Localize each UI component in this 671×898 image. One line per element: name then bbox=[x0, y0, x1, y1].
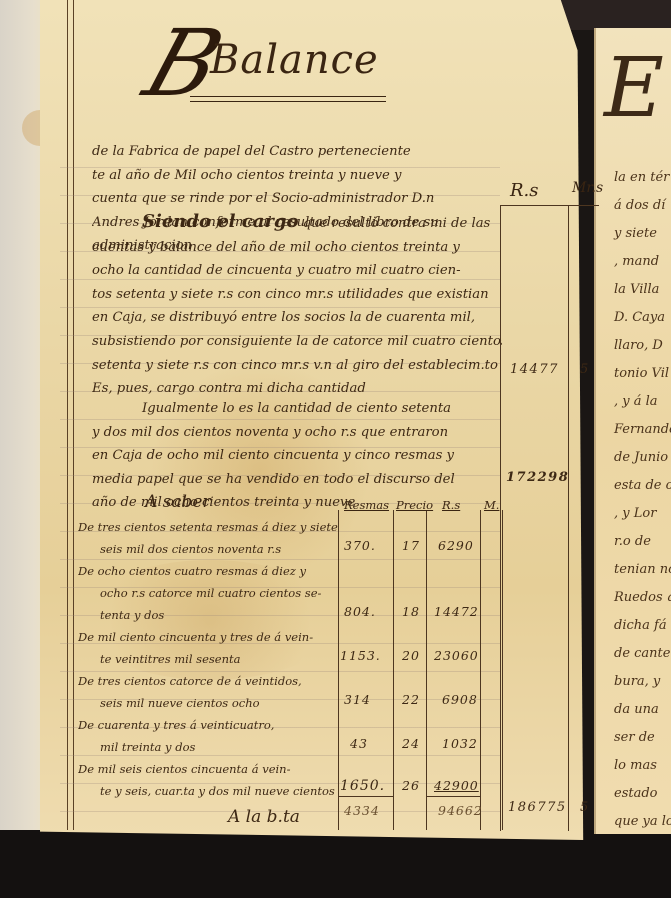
adjacent-line: de cantería bbox=[614, 646, 671, 661]
cargo-amount-maravedis: 5 bbox=[580, 362, 590, 377]
cell-resmas: 314 bbox=[344, 692, 371, 707]
cargo-heading: Siendo el cargo bbox=[142, 211, 299, 232]
adjacent-line: , y Lor bbox=[614, 506, 656, 521]
adjacent-line: dicha fá bbox=[614, 618, 667, 633]
reales-column bbox=[500, 205, 569, 831]
cargo-amount-reales: 14477 bbox=[510, 362, 559, 377]
cell-resmas: 370. bbox=[344, 538, 376, 553]
header-resmas: Resmas bbox=[344, 498, 389, 512]
text-line: De tres cientos catorce de á veintidos, bbox=[78, 670, 338, 692]
detail-table: Resmas Precio R.s M. 370. 17 6290 804. 1… bbox=[338, 498, 498, 830]
cell-precio: 18 bbox=[402, 604, 420, 619]
cell-resmas: 1153. bbox=[340, 648, 381, 663]
adjacent-line: la en tér bbox=[614, 170, 669, 185]
cell-reales: 6908 bbox=[442, 692, 478, 707]
text-line: cuentas y balance del año de mil ocho ci… bbox=[92, 236, 502, 260]
item-description: De mil seis cientos cincuenta á vein- te… bbox=[78, 758, 338, 802]
cell-resmas: 43 bbox=[350, 736, 368, 751]
text-line: De mil seis cientos cincuenta á vein- bbox=[78, 758, 338, 780]
adjacent-line: Fernando bbox=[614, 422, 671, 437]
total-resmas: 4334 bbox=[344, 803, 380, 818]
cargo-paragraph: Siendo el cargo que resultó contra mi de… bbox=[92, 210, 502, 401]
cell-precio: 20 bbox=[402, 648, 420, 663]
adjacent-line: da una bbox=[614, 702, 659, 717]
item-description: De cuarenta y tres á veinticuatro, mil t… bbox=[78, 714, 338, 758]
adjacent-line: la Villa bbox=[614, 282, 659, 297]
header-precio: Precio bbox=[396, 498, 433, 512]
adjacent-line: que ya lo bbox=[614, 814, 671, 829]
cell-precio: 26 bbox=[402, 778, 420, 793]
cell-reales: 14472 bbox=[434, 604, 479, 619]
adjacent-line: de Junio bbox=[614, 450, 668, 465]
text-line: en Caja, se distribuyó entre los socios … bbox=[92, 306, 502, 330]
text-line: De tres cientos setenta resmas á diez y … bbox=[78, 516, 338, 538]
adjacent-line: llaro, D bbox=[614, 338, 663, 353]
item-description: De tres cientos catorce de á veintidos, … bbox=[78, 670, 338, 714]
total-reales: 94662 bbox=[438, 803, 483, 818]
header-reales: R.s bbox=[442, 498, 460, 512]
text-line: de la Fabrica de papel del Castro perten… bbox=[92, 140, 502, 164]
text-line: De ocho cientos cuatro resmas á diez y bbox=[78, 560, 338, 582]
maravedis-header: Mr.s bbox=[572, 180, 603, 196]
text-line: ocho la cantidad de cincuenta y cuatro m… bbox=[92, 259, 502, 283]
reales-header: R.s bbox=[510, 180, 539, 201]
item-description: De mil ciento cincuenta y tres de á vein… bbox=[78, 626, 338, 670]
text-line: que resultó contra mi de las bbox=[303, 216, 491, 231]
adjacent-line: bura, y bbox=[614, 674, 660, 689]
text-line: Igualmente lo es la cantidad de ciento s… bbox=[92, 397, 502, 421]
adjacent-line: lo mas bbox=[614, 758, 657, 773]
text-line: seis mil nueve cientos ocho bbox=[78, 692, 338, 714]
cell-precio: 17 bbox=[402, 538, 420, 553]
cell-reales: 23060 bbox=[434, 648, 479, 663]
adjacent-line: ser de bbox=[614, 730, 655, 745]
text-line: mil treinta y dos bbox=[78, 736, 338, 758]
title-underline bbox=[190, 96, 386, 102]
item-description: De tres cientos setenta resmas á diez y … bbox=[78, 516, 338, 560]
cell-precio: 22 bbox=[402, 692, 420, 707]
text-line: tenta y dos bbox=[78, 604, 338, 626]
text-line: te y seis, cuar.ta y dos mil nueve cient… bbox=[78, 780, 338, 802]
text-line: seis mil dos cientos noventa r.s bbox=[78, 538, 338, 560]
text-line: media papel que se ha vendido en todo el… bbox=[92, 468, 502, 492]
cell-reales: 42900 bbox=[434, 778, 479, 793]
adjacent-line: á dos dí bbox=[614, 198, 665, 213]
text-line: subsistiendo por consiguiente la de cato… bbox=[92, 330, 502, 354]
adjacent-line: tenian no bbox=[614, 562, 671, 577]
ventas-amount-reales: 172298 bbox=[506, 470, 569, 485]
background-desk bbox=[560, 0, 671, 30]
cell-reales: 1032 bbox=[442, 736, 478, 751]
cell-resmas: 804. bbox=[344, 604, 376, 619]
adjacent-line: y siete bbox=[614, 226, 657, 241]
adjacent-line: Ruedos que bbox=[614, 590, 671, 605]
carry-forward-label: A la b.ta bbox=[228, 807, 300, 827]
text-line: ocho r.s catorce mil cuatro cientos se- bbox=[78, 582, 338, 604]
text-line: De mil ciento cincuenta y tres de á vein… bbox=[78, 626, 338, 648]
text-line: en Caja de ocho mil ciento cincuenta y c… bbox=[92, 444, 502, 468]
text-line: cuenta que se rinde por el Socio-adminis… bbox=[92, 187, 502, 211]
text-line: tos setenta y siete r.s con cinco mr.s u… bbox=[92, 283, 502, 307]
adjacent-line: esta de o bbox=[614, 478, 671, 493]
item-description: De ocho cientos cuatro resmas á diez y o… bbox=[78, 560, 338, 626]
adjacent-line: , y á la bbox=[614, 394, 658, 409]
header-maravedis: M. bbox=[484, 498, 499, 512]
total-amount-reales: 186775 bbox=[508, 800, 567, 815]
adjacent-page: E la en tér á dos dí y siete , mand la V… bbox=[594, 28, 671, 834]
page-title: Balance bbox=[210, 40, 379, 80]
adjacent-line: r.o de bbox=[614, 534, 651, 549]
text-line: te veintitres mil sesenta bbox=[78, 648, 338, 670]
maravedis-column bbox=[568, 205, 599, 831]
decorative-initial: E bbox=[604, 48, 664, 130]
adjacent-line: estado bbox=[614, 786, 658, 801]
a-saber-label: A saber bbox=[145, 492, 211, 512]
text-line: setenta y siete r.s con cinco mr.s v.n a… bbox=[92, 354, 502, 378]
background-desk-bottom bbox=[0, 830, 671, 898]
cell-precio: 24 bbox=[402, 736, 420, 751]
text-line: y dos mil dos cientos noventa y ocho r.s… bbox=[92, 421, 502, 445]
adjacent-line: , mand bbox=[614, 254, 659, 269]
money-column-header: R.s Mr.s bbox=[500, 180, 610, 204]
total-amount-maravedis: 5 bbox=[580, 800, 590, 815]
text-line: De cuarenta y tres á veinticuatro, bbox=[78, 714, 338, 736]
text-line: te al año de Mil ocho cientos treinta y … bbox=[92, 164, 502, 188]
adjacent-line: D. Caya bbox=[614, 310, 665, 325]
cell-resmas: 1650. bbox=[340, 778, 385, 794]
adjacent-line: tonio Vil bbox=[614, 366, 669, 381]
cell-reales: 6290 bbox=[438, 538, 474, 553]
